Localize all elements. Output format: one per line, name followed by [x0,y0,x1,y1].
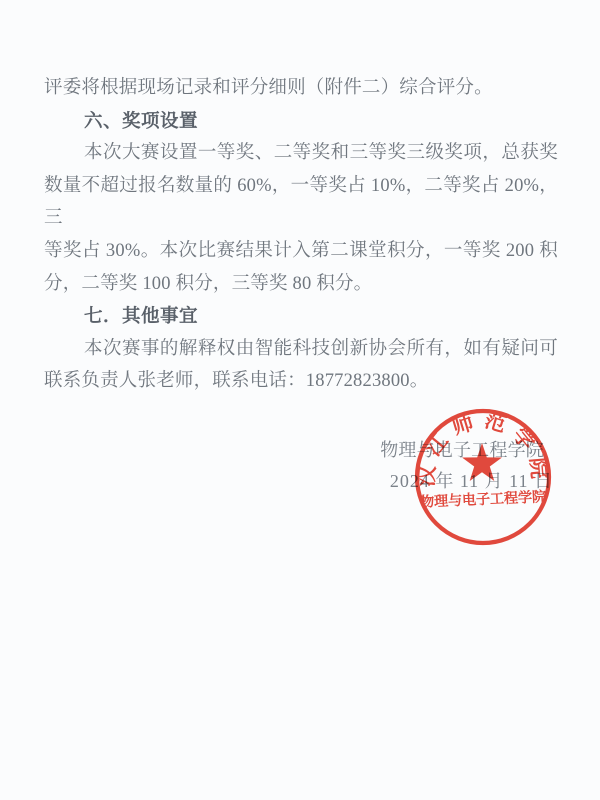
other-paragraph-line-1: 本次赛事的解释权由智能科技创新协会所有，如有疑问可 [44,333,558,366]
awards-paragraph-line-3: 等奖占 30%。本次比赛结果计入第二课堂积分，一等奖 200 积 [44,235,558,268]
scanned-document-page: 评委将根据现场记录和评分细则（附件二）综合评分。 六、奖项设置 本次大赛设置一等… [0,0,600,800]
section-heading-awards: 六、奖项设置 [44,105,558,138]
awards-paragraph-line-2: 数量不超过报名数量的 60%，一等奖占 10%，二等奖占 20%，三 [44,170,558,235]
section-heading-other: 七．其他事宜 [44,300,558,333]
signature-organization: 物理与电子工程学院 [293,435,553,466]
paragraph-continuation-line: 评委将根据现场记录和评分细则（附件二）综合评分。 [44,72,558,105]
awards-paragraph-line-4: 分，二等奖 100 积分，三等奖 80 积分。 [44,268,558,301]
other-paragraph-line-2: 联系负责人张老师，联系电话：18772823800。 [44,365,558,398]
signature-block: 物理与电子工程学院 2024 年 11 月 11 日 [293,435,553,497]
awards-paragraph-line-1: 本次大赛设置一等奖、二等奖和三等奖三级奖项，总获奖 [44,137,558,170]
signature-date: 2024 年 11 月 11 日 [293,466,553,497]
document-body: 评委将根据现场记录和评分细则（附件二）综合评分。 六、奖项设置 本次大赛设置一等… [44,72,558,398]
